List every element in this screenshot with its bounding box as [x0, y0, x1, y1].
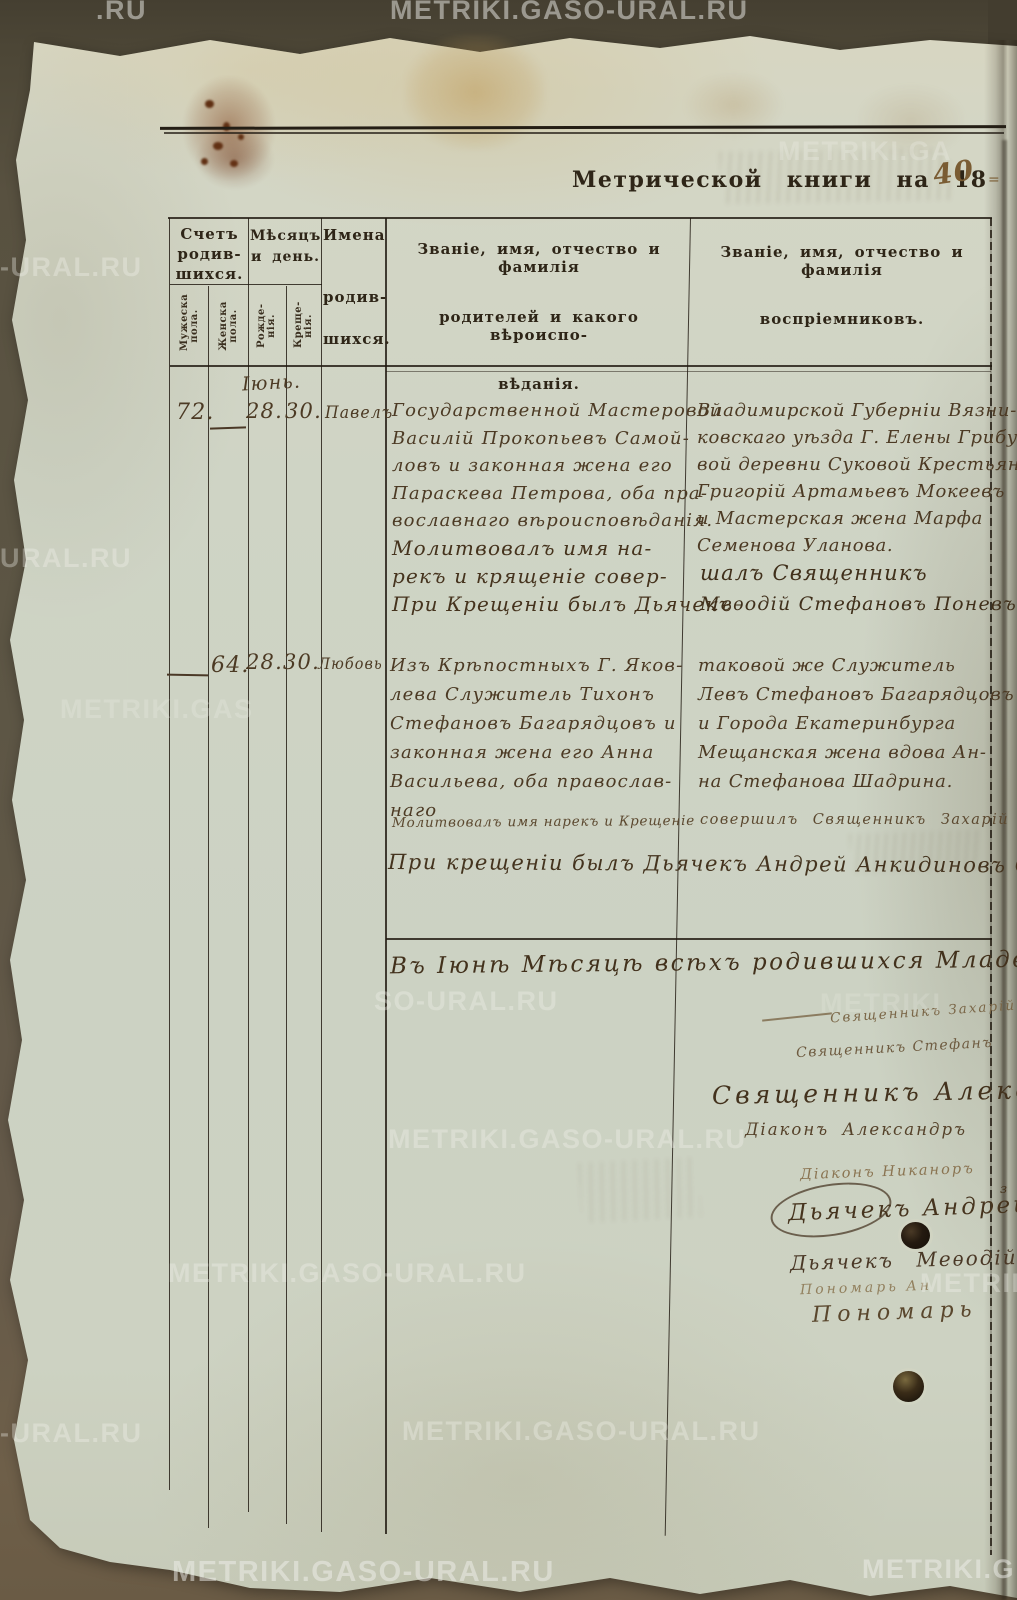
subheader-female: Женска пола. [210, 288, 247, 364]
worm-hole [901, 1222, 930, 1249]
watermark: -URAL.RU [0, 252, 142, 283]
watermark: METRIKI.GASO-URAL.RU [168, 1258, 526, 1289]
subheader-male: Мужеска пола. [171, 288, 208, 364]
table-line-born-bapt [286, 286, 287, 1524]
record-child-name: Любовь [318, 654, 383, 673]
page-title-mark: = [988, 172, 1001, 188]
record-baptized-day: 30. [285, 399, 322, 423]
record-parents-text: Государственной Мастеровой Василій Проко… [392, 397, 723, 535]
signature-deacon-1: Діаконъ Александръ [745, 1120, 967, 1139]
record-male-number: 72. [176, 400, 215, 425]
watermark: METRIKI [920, 1268, 1017, 1299]
record-born-day: 28. [246, 650, 283, 674]
signature-priest-3: Священникъ Алекса [712, 1075, 1017, 1110]
ink-bleedthrough [579, 1157, 702, 1223]
header-count: Счетъродив-шихся. [170, 224, 249, 284]
header-date: Мѣсяцъи день. [250, 226, 321, 268]
watermark: .RU [96, 0, 147, 26]
watermark: METRIKI.GASO-URAL.RU [388, 1124, 746, 1155]
watermark: -URAL.RU [0, 1418, 142, 1449]
top-rule-thin [164, 132, 1004, 134]
subheader-born: Рожде- нія. [249, 288, 285, 364]
signature-sexton-mark: з [1000, 1182, 1007, 1197]
table-line-top [168, 217, 992, 219]
record-parents-clergy-note: Молитвовалъ имя нарекъ и Крещеніе [392, 813, 695, 831]
record-child-name: Павелъ [325, 403, 393, 423]
record-female-number: 64. [211, 653, 250, 678]
record-parents-text: Изъ Крѣпостныхъ Г. Яков- лева Служитель … [390, 651, 683, 825]
record-baptized-day: 30. [283, 650, 320, 674]
watermark: METRIKI [820, 988, 942, 1019]
header-names: Имена родив- шихся. [323, 226, 385, 348]
watermark: METRIKI.GASO-URAL.RU [402, 1416, 760, 1447]
worm-hole [893, 1371, 924, 1402]
page-title: Метрической книги на 18 [572, 167, 988, 193]
table-line-male-female [208, 286, 209, 1528]
record-godparents-text: Владимирской Губерніи Вязни- ковскаго уѣ… [697, 397, 1017, 559]
watermark: METRIKI.GASO-URAL.RU [390, 0, 748, 26]
watermark: SO-URAL.RU [374, 986, 559, 1017]
watermark: METRIKI.GASO-URAL.RU [172, 1556, 555, 1589]
scanned-metrical-book-page: Метрической книги на 18 40 = Счетъродив-… [0, 0, 1017, 1600]
record-godparents-text: таковой же Служитель Левъ Стефановъ Бага… [698, 651, 1014, 796]
table-line-subheader [170, 284, 322, 285]
record-born-day: 28. [246, 399, 283, 423]
record-godparents-clergy-note: шалъ Священникъ Меѳодій Стефановъ Поневъ [700, 558, 1017, 620]
watermark: METRIKI.G [862, 1554, 1015, 1585]
watermark: METRIKI.GAS [60, 694, 254, 725]
table-line-left [169, 218, 170, 1490]
table-line-records-bottom [386, 938, 992, 940]
rust-stain-lower [195, 128, 275, 190]
record-clerk-line: При крещеніи былъ Дьячекъ Андрей Анкидин… [388, 850, 1017, 878]
header-parents: Званіе, имя, отчество и фамилія родителе… [391, 240, 687, 393]
record-godparents-clergy-note: совершилъ Священникъ Захарій [700, 812, 1009, 828]
watermark: URAL.RU [0, 543, 132, 574]
watermark: METRIKI.GA [778, 136, 952, 167]
record-parents-clergy-note: Молитвовалъ имя на- рекъ и крященіе сове… [392, 534, 733, 618]
record-month: Іюнь. [241, 370, 301, 395]
subheader-baptized: Креще- нія. [287, 288, 320, 364]
header-godparents: Званіе, имя, отчество и фамилія воспріем… [696, 243, 988, 328]
